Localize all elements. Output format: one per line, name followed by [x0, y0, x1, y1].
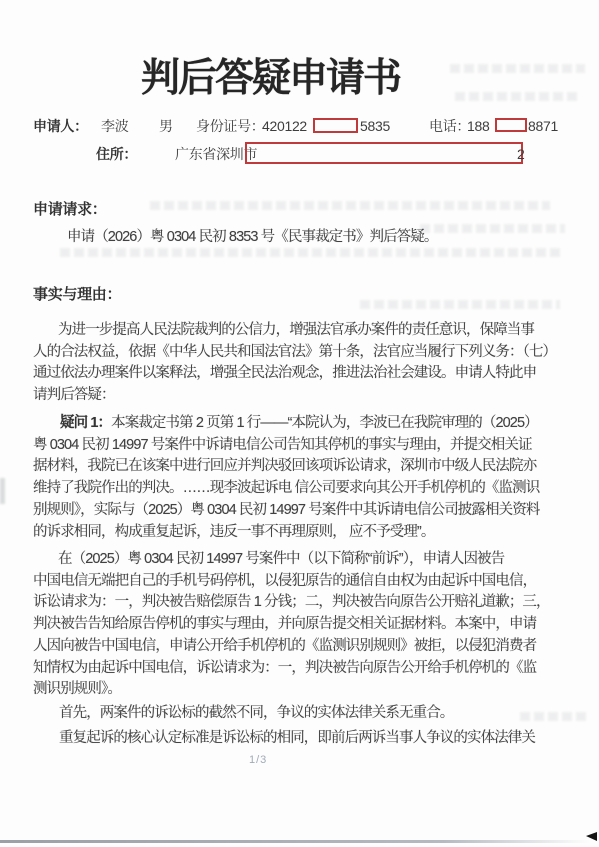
id-redaction-box	[313, 118, 358, 133]
repeat-litigation-line: 重复起诉的核心认定标准是诉讼标的相同，即前后两诉当事人争议的实体法律关	[33, 728, 569, 750]
id-label: 身份证号：	[196, 119, 265, 134]
scan-artifact	[455, 92, 580, 101]
facts-heading: 事实与理由：	[33, 286, 121, 303]
address-suffix: 2	[517, 147, 525, 162]
scanned-document-page: 判后答疑申请书 申请人： 李波 男 身份证号： 420122 5835 电话： …	[0, 0, 599, 847]
address-label: 住所：	[96, 147, 137, 162]
id-number-suffix: 5835	[360, 119, 390, 134]
phone-label: 电话：	[429, 119, 470, 134]
phone-number-prefix: 188	[467, 119, 489, 134]
phone-redaction-box	[495, 118, 527, 132]
question1-paragraph: 疑问 1：本案裁定书第 2 页第 1 行——“本院认为，李波已在我院审理的（20…	[33, 413, 569, 543]
scan-artifact	[450, 64, 585, 73]
applicant-gender: 男	[159, 119, 173, 134]
applicant-label: 申请人：	[33, 119, 88, 134]
page-title: 判后答疑申请书	[141, 59, 400, 99]
address-redaction-box	[245, 142, 523, 164]
scan-artifact	[60, 248, 560, 257]
scan-artifact	[0, 478, 5, 504]
first-point-line: 首先，两案件的诉讼标的截然不同，争议的实体法律关系无重合。	[33, 703, 569, 725]
scan-artifact	[360, 300, 560, 309]
question1-label: 疑问 1：	[60, 415, 111, 431]
request-heading: 申请请求：	[33, 201, 107, 218]
id-number-prefix: 420122	[262, 119, 307, 134]
facts-intro-paragraph: 为进一步提高人民法院裁判的公信力，增强法官承办案件的责任意识，保障当事 人的合法…	[33, 320, 569, 407]
request-text: 申请（2026）粤 0304 民初 8353 号《民事裁定书》判后答疑。	[33, 227, 569, 249]
phone-number-suffix: 8871	[528, 119, 558, 134]
corner-arrow-mark	[586, 832, 597, 841]
bottom-scan-line	[0, 840, 590, 843]
page-number: 1/3	[249, 754, 267, 766]
question1-text: 本案裁定书第 2 页第 1 行——“本院认为，李波已在我院审理的（2025） 粤…	[33, 415, 539, 540]
prior-suit-paragraph: 在（2025）粤 0304 民初 14997 号案件中（以下简称“前诉”），申请…	[33, 549, 569, 701]
scan-artifact	[150, 201, 550, 210]
applicant-name: 李波	[101, 119, 128, 134]
